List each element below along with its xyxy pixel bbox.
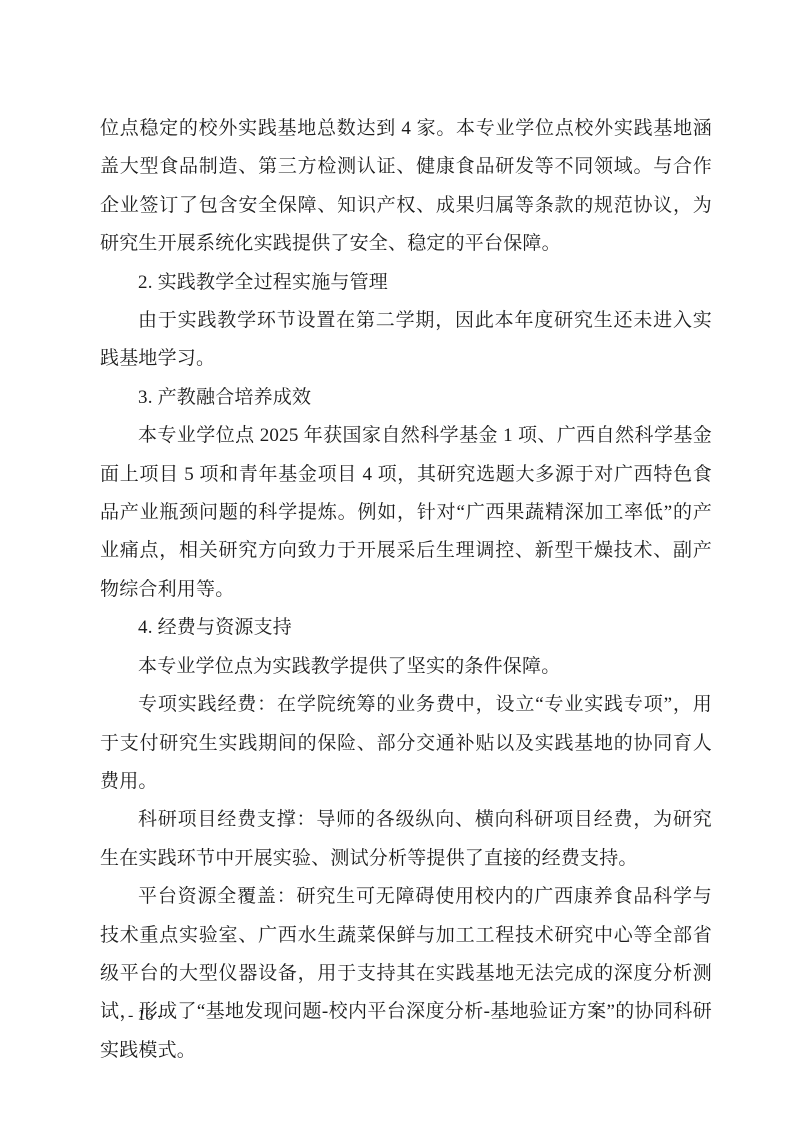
paragraph: 科研项目经费支撑：导师的各级纵向、横向科研项目经费，为研究生在实践环节中开展实验… (100, 801, 712, 878)
section-heading-2: 2. 实践教学全过程实施与管理 (100, 264, 712, 302)
paragraph: 由于实践教学环节设置在第二学期，因此本年度研究生还未进入实践基地学习。 (100, 302, 712, 379)
paragraph-continued: 位点稳定的校外实践基地总数达到 4 家。本专业学位点校外实践基地涵盖大型食品制造… (100, 110, 712, 264)
paragraph: 平台资源全覆盖：研究生可无障碍使用校内的广西康养食品科学与技术重点实验室、广西水… (100, 878, 712, 1070)
section-heading-3: 3. 产教融合培养成效 (100, 379, 712, 417)
paragraph: 本专业学位点为实践教学提供了坚实的条件保障。 (100, 648, 712, 686)
paragraph: 本专业学位点 2025 年获国家自然科学基金 1 项、广西自然科学基金面上项目 … (100, 417, 712, 609)
page-number: - 16 - (128, 1004, 163, 1028)
document-page: 位点稳定的校外实践基地总数达到 4 家。本专业学位点校外实践基地涵盖大型食品制造… (0, 0, 794, 1123)
section-heading-4: 4. 经费与资源支持 (100, 609, 712, 647)
paragraph: 专项实践经费：在学院统筹的业务费中，设立“专业实践专项”，用于支付研究生实践期间… (100, 686, 712, 801)
document-body: 位点稳定的校外实践基地总数达到 4 家。本专业学位点校外实践基地涵盖大型食品制造… (100, 110, 712, 1070)
